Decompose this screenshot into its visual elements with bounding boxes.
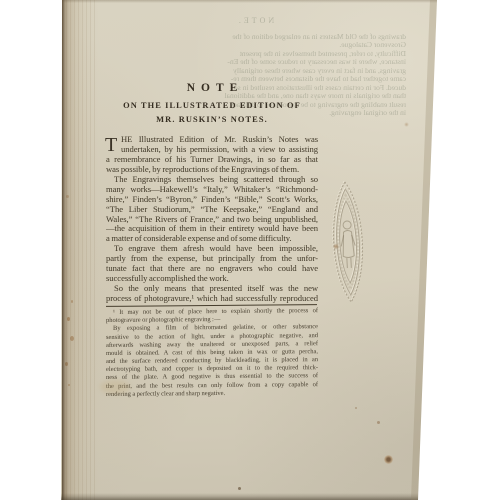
page-heading: NOTE ON THE ILLUSTRATED EDITION OF MR. R… xyxy=(106,82,318,124)
ghost-text-line: Difficulty, to refer, presented themselv… xyxy=(104,50,406,59)
text-line: tunate fact that there are no engravers … xyxy=(106,264,318,274)
page-bottom-edge xyxy=(0,493,500,500)
ghost-text-line: Grosvenor Catalogue. xyxy=(104,41,406,50)
text-line: The Engravings themselves being scattere… xyxy=(106,175,318,185)
text-line: partly from the expense, but principally… xyxy=(106,254,318,264)
text-line: undertaken, by his permission, with a vi… xyxy=(106,145,318,155)
text-line: many works—Hakewell’s “Italy,” Whitaker’… xyxy=(106,185,318,195)
text-line: successfully accomplished the work. xyxy=(106,274,318,284)
heading-subtitle-2: MR. RUSKIN’S NOTES. xyxy=(106,115,318,124)
note-title: NOTE xyxy=(106,82,318,95)
text-line: So the only means that presented itself … xyxy=(106,284,318,294)
book-page: NOTE. drawings of the Old Masters in an … xyxy=(0,0,500,500)
foxing-spot xyxy=(384,455,393,464)
paragraph: ¹ It may not be out of place here to exp… xyxy=(106,307,318,325)
age-stain xyxy=(100,380,130,394)
ghost-text-line: gravings, and in fact in every case wher… xyxy=(104,67,406,76)
body-text: THE Illustrated Edition of Mr. Ruskin’s … xyxy=(106,135,318,304)
photo-of-book-page: NOTE. drawings of the Old Masters in an … xyxy=(0,0,500,500)
paragraph: THE Illustrated Edition of Mr. Ruskin’s … xyxy=(106,135,318,175)
ghost-title: NOTE. xyxy=(104,17,406,26)
paragraph: By exposing a film of bichromated gelati… xyxy=(106,323,318,398)
text-line: To engrave them afresh would have been i… xyxy=(106,244,318,254)
text-line: a matter of considerable expense and of … xyxy=(106,234,318,244)
drop-cap: T xyxy=(105,136,117,154)
text-line: a remembrance of his Turner Drawings, in… xyxy=(106,155,318,165)
paragraph: So the only means that presented itself … xyxy=(106,284,318,304)
paragraph: The Engravings themselves being scattere… xyxy=(106,175,318,245)
text-line: —the acquisition of them in their entire… xyxy=(106,224,318,234)
text-line: shire,” Finden’s “Byron,” Finden’s “Bibl… xyxy=(106,195,318,205)
text-line: Wales,” “The Rivers of France,” and two … xyxy=(106,215,318,225)
page-gutter-shadow xyxy=(62,0,98,500)
text-line: was possible, by reproductions of the En… xyxy=(106,165,318,175)
text-line: process of photogravure,¹ which had succ… xyxy=(106,294,318,304)
foxing-spot xyxy=(355,407,357,409)
ghost-text-line: instance, where it was necessary to redu… xyxy=(104,58,406,67)
page-top-edge xyxy=(0,0,500,3)
foxing-spot xyxy=(333,243,339,250)
text-line: rendering a perfectly clear and sharp ne… xyxy=(106,389,318,399)
ghost-text-line: drawings of the Old Masters in an enlarg… xyxy=(104,33,406,42)
heading-subtitle-1: ON THE ILLUSTRATED EDITION OF xyxy=(106,101,318,110)
foxing-spot xyxy=(404,122,409,127)
text-line: “The Liber Studiorum,” “The Keepsake,” “… xyxy=(106,205,318,215)
text-line: HE Illustrated Edition of Mr. Ruskin’s N… xyxy=(106,135,318,145)
footnote-text: ¹ It may not be out of place here to exp… xyxy=(106,307,318,399)
foxing-spot xyxy=(377,421,380,424)
embossed-seal-icon xyxy=(312,177,385,306)
paragraph: To engrave them afresh would have been i… xyxy=(106,244,318,284)
foxing-spot xyxy=(238,487,241,490)
